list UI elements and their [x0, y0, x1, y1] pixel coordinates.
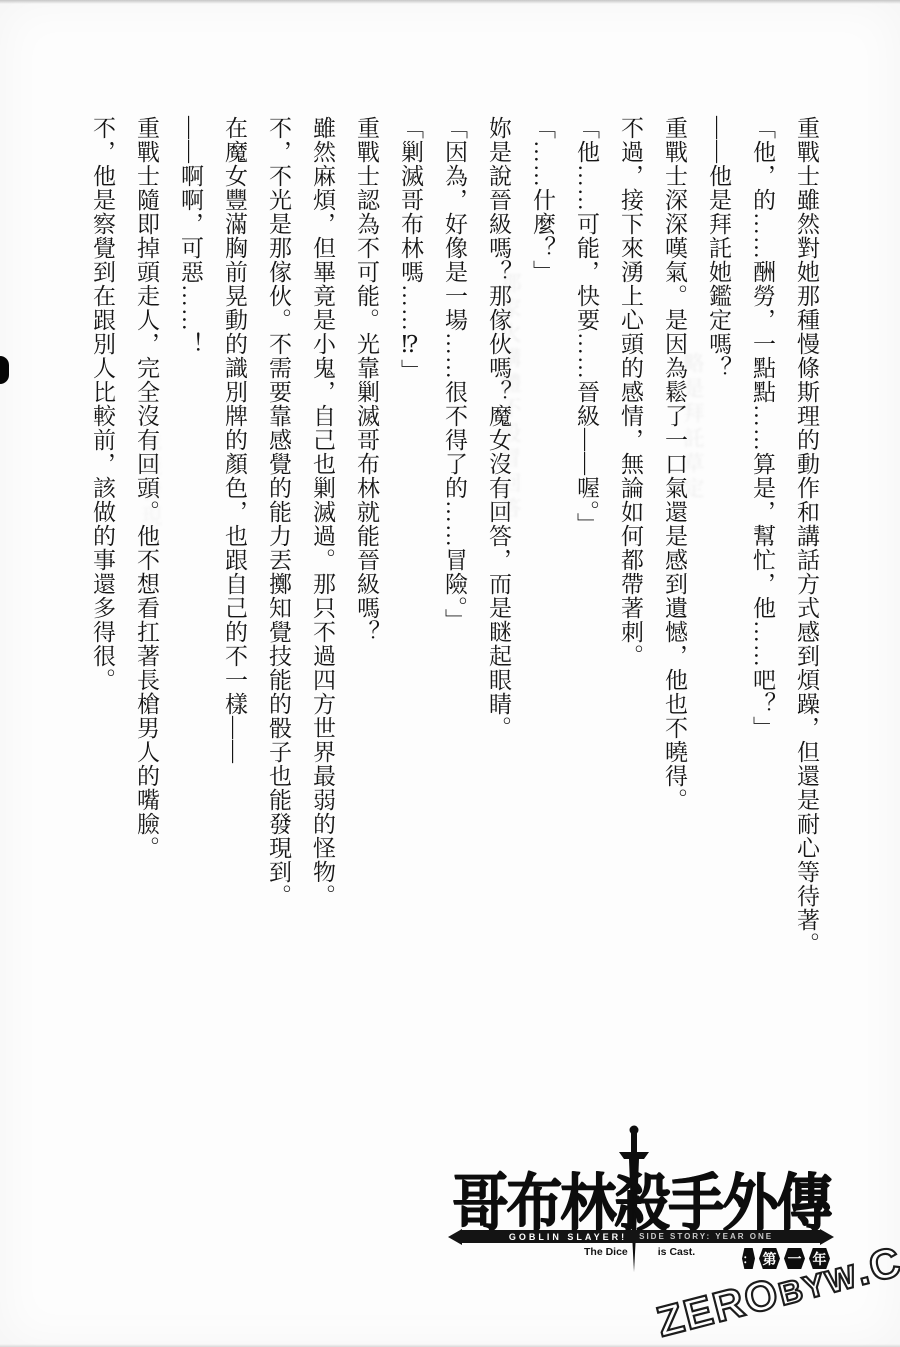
text-column: 「他……可能，快要……晉級——喔。」 [564, 116, 608, 998]
page: { "text": { "paragraphs": [ "重戰士雖然對她那種慢條… [0, 0, 900, 1347]
text-column: 不，不光是那傢伙。不需要靠感覺的能力丟擲知覺技能的骰子也能發現到。 [256, 116, 300, 998]
logo-banner-left: GOBLIN SLAYER! [509, 1232, 627, 1242]
text-column: ——啊啊，可惡……！ [168, 116, 212, 998]
text-column: 不，他是察覺到在跟別人比較前，該做的事還多得很。 [80, 116, 124, 998]
bleedthrough-text: 那家火講體不股冒回答 [495, 272, 525, 632]
watermark-part: BYW [775, 1257, 862, 1312]
logo-tagline-left: The Dice [584, 1246, 628, 1258]
series-logo: 哥布林殺手外傳 GOBLIN SLAYER! SIDE STORY: YEAR … [448, 1124, 844, 1274]
text-column: 重戰士認為不可能。光靠剿滅哥布林就能晉級嗎？ [344, 116, 388, 998]
year-badge: 第 [759, 1248, 780, 1269]
logo-tagline-right: is Cast. [658, 1246, 695, 1258]
watermark-part: ZERO [652, 1269, 784, 1346]
bleedthrough-text: 也能發現 [136, 430, 166, 630]
year-badge: ： [742, 1248, 755, 1269]
scan-edge-top [0, 0, 900, 4]
text-column: 重戰士雖然對她那種慢條斯理的動作和講話方式感到煩躁，但還是耐心等待著。 [784, 116, 828, 998]
text-column: 「剿滅哥布林嗎……⁉」 [388, 116, 432, 998]
novel-text-block: 重戰士雖然對她那種慢條斯理的動作和講話方式感到煩躁，但還是耐心等待著。 「他，的… [76, 116, 828, 998]
text-column: 雖然麻煩，但畢竟是小鬼，自己也剿滅過。那只不過四方世界最弱的怪物。 [300, 116, 344, 998]
text-column: 不過，接下來湧上心頭的感情，無論如何都帶著刺。 [608, 116, 652, 998]
logo-banner-right: SIDE STORY: YEAR ONE [639, 1232, 773, 1241]
text-column: 「因為，好像是一場……很不得了的……冒險。」 [432, 116, 476, 998]
logo-banner: GOBLIN SLAYER! SIDE STORY: YEAR ONE [462, 1230, 820, 1243]
bleedthrough-text: 略是拜託草定 [678, 352, 708, 572]
text-column: 「……什麼？」 [520, 116, 564, 998]
scan-hole-artifact [0, 356, 9, 384]
text-column: 在魔女豐滿胸前晃動的識別牌的顏色，也跟自己的不一樣—— [212, 116, 256, 998]
logo-tagline: The Dice is Cast. [584, 1246, 695, 1258]
text-column: 「他，的……酬勞，一點點……算是，幫忙，他……吧？」 [740, 116, 784, 998]
